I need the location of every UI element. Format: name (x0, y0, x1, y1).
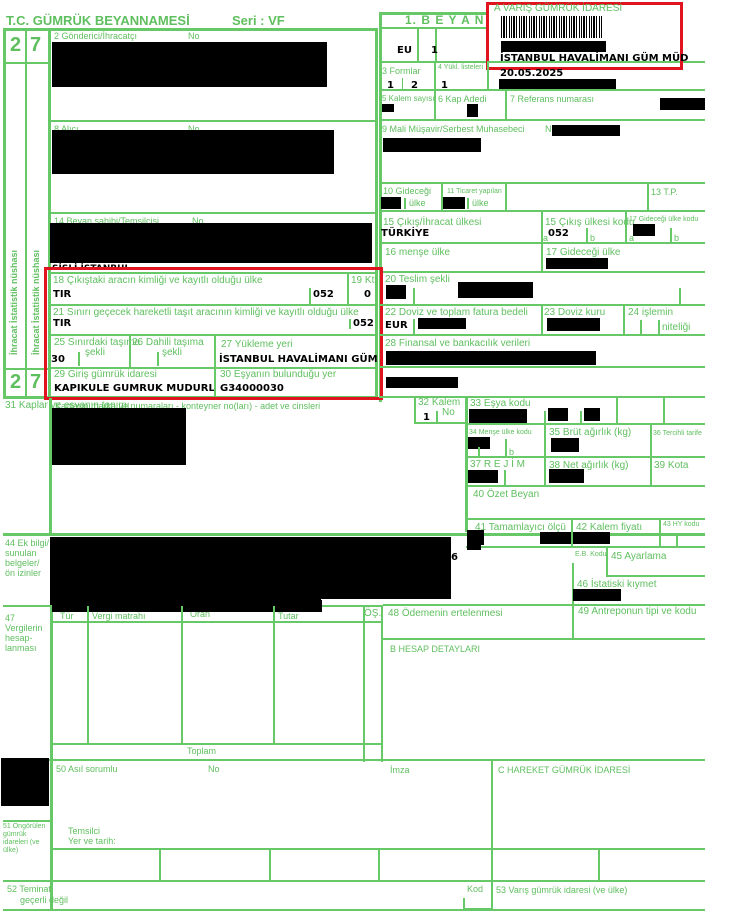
box24-label2: niteliği (662, 323, 690, 333)
box15code-value: 052 (548, 228, 569, 240)
box10-label: 10 Gideceği (383, 186, 431, 196)
redacted (386, 285, 406, 299)
redacted (52, 42, 327, 87)
redacted (546, 258, 608, 269)
box32-no-label: No (442, 408, 455, 418)
box15-value: TÜRKİYE (381, 228, 429, 240)
box43-label: 43 HY kodu (663, 520, 699, 530)
redacted (551, 438, 579, 452)
box15code-label: 15 Çıkış ülkesi kodu (545, 218, 635, 228)
box19-label: 19 Ktr (351, 276, 378, 286)
redacted (552, 125, 620, 136)
box2-no-label: No (188, 31, 200, 41)
redacted (52, 130, 334, 174)
box3-label: 3 Formlar (382, 66, 421, 76)
side-label: İhracat İstatistik nüshası (31, 250, 41, 355)
box21-country: 052 (353, 318, 374, 330)
redacted (633, 224, 655, 236)
box52-value: geçerli değil (20, 895, 68, 905)
redacted (547, 318, 600, 331)
box42-label: 42 Kalem fiyatı (576, 523, 642, 533)
box30-label: 30 Eşyanın bulunduğu yer (220, 370, 336, 380)
box18-label: 18 Çıkıştaki aracın kimliği ve kayıtlı o… (53, 276, 263, 286)
redacted (383, 138, 481, 152)
copy-number: 2 (10, 34, 21, 57)
redacted (467, 104, 478, 117)
redacted (540, 532, 610, 544)
box10-label2: ülke (409, 198, 426, 208)
side-label: İhracat İstatistik nüshası (9, 250, 19, 355)
box2-label: 2 Gönderici/İhracatçı (54, 31, 137, 41)
redacted (468, 470, 498, 483)
box18-country: 052 (313, 289, 334, 301)
box13-label: 13 T.P. (651, 187, 678, 197)
redacted (467, 536, 481, 550)
redacted (458, 282, 533, 298)
box17-label: 17 Gideceği ülke (546, 248, 621, 258)
box47-col: ÖŞ. (364, 609, 381, 619)
box48-label: 48 Ödemenin ertelenmesi (388, 609, 503, 619)
redacted (382, 104, 394, 112)
box1-label: 1. B E Y A N (405, 14, 484, 27)
box47-col: Tutar (278, 611, 299, 621)
form-series: Seri : VF (232, 13, 285, 28)
box25-label2: şekli (85, 348, 105, 358)
box27-value: İSTANBUL HAVALİMANI GÜM (219, 354, 378, 366)
box29-label: 29 Giriş gümrük idaresi (54, 370, 157, 380)
box50-sign-label: İmza (390, 765, 410, 775)
redacted (50, 537, 451, 599)
redacted (418, 318, 466, 329)
box9-label: 9 Mali Müşavir/Serbest Muhasebeci (382, 124, 525, 134)
redacted (501, 41, 606, 52)
boxC-label: C HAREKET GÜMRÜK İDARESİ (498, 765, 630, 775)
redacted (1, 758, 49, 806)
box49-label: 49 Antreponun tipi ve kodu (578, 607, 696, 617)
box50-place-label: Yer ve tarih: (68, 836, 116, 846)
box52-label: 52 Teminat (7, 884, 51, 894)
box22-currency: EUR (385, 320, 408, 332)
box7-label: 7 Referans numarası (510, 94, 594, 104)
copy-number: 2 (10, 371, 21, 394)
box52-code-label: Kod (467, 884, 483, 894)
box25-value: 30 (51, 354, 65, 366)
box44-partial: 6 (451, 552, 458, 564)
box19-value: 0 (364, 289, 371, 301)
box50-no-label: No (208, 764, 220, 774)
barcode-icon (501, 16, 603, 38)
redacted (549, 469, 584, 483)
box24-label: 24 işlemin (628, 308, 673, 318)
redacted (52, 600, 322, 612)
redacted (386, 351, 596, 365)
box44-label: 44 Ek bilgi/ sunulan belgeler/ ön izinle… (5, 538, 50, 578)
box6-label: 6 Kap Adedi (438, 94, 487, 104)
box18-value: TIR (53, 289, 71, 301)
box30-value: G34000030 (220, 383, 284, 395)
redacted (584, 408, 600, 421)
box35-label: 35 Brüt ağırlık (kg) (549, 428, 631, 438)
box4-label: 4 Yükl. listeleri (438, 63, 483, 73)
box33-label: 33 Eşya kodu (470, 399, 531, 409)
boxA-label: A VARIŞ GÜMRÜK İDARESİ (494, 4, 622, 14)
redacted (469, 409, 527, 423)
box5-label: 5 Kalem sayısı (382, 94, 434, 104)
box47-label: 47 Vergilerin hesap-lanması (5, 613, 53, 653)
boxA-office: İSTANBUL HAVALİMANI GÜM MÜD (500, 53, 688, 65)
box26-label2: şekli (162, 348, 182, 358)
box45-eb-label: E.B. Kodu (575, 550, 607, 560)
box51-label: 51 Öngörülen gümrük idareleri (ve ülke) (3, 823, 49, 855)
redacted (50, 223, 372, 263)
box53-label: 53 Varış gümrük idaresi (ve ülke) (496, 885, 627, 895)
box40-label: 40 Özet Beyan (473, 490, 539, 500)
box11-label2: ülke (472, 198, 489, 208)
redacted (548, 408, 568, 421)
box47-col: Vergi matrahı (92, 611, 146, 621)
box47-col: Tür (60, 611, 74, 621)
box11-label: 11 Ticaret yapılan (447, 187, 502, 197)
box50-rep-label: Temsilci (68, 826, 100, 836)
box47-total-label: Toplam (187, 746, 216, 756)
redacted (381, 197, 401, 209)
box23-label: 23 Doviz kuru (544, 308, 605, 318)
box22-label: 22 Doviz ve toplam fatura bedeli (385, 308, 528, 318)
form-title: T.C. GÜMRÜK BEYANNAMESİ (6, 13, 190, 28)
redacted (660, 98, 705, 110)
copy-number: 7 (30, 371, 41, 394)
redacted (386, 377, 458, 388)
box45-label: 45 Ayarlama (611, 552, 666, 562)
box39-label: 39 Kota (654, 461, 688, 471)
box21-label: 21 Sınırı geçecek hareketli taşıt aracın… (53, 308, 359, 318)
box1-type: EU (397, 45, 412, 57)
box1-code: 1 (431, 45, 438, 57)
box36-label: 36 Tercihli tarife (653, 429, 702, 439)
box15-label: 15 Çıkış/İhracat ülkesi (383, 218, 481, 228)
redacted (573, 589, 621, 601)
box32-value: 1 (423, 412, 430, 424)
box37-label: 37 R E J İ M (470, 460, 525, 470)
box20-label: 20 Teslim şekli (385, 275, 450, 285)
boxB-label: B HESAP DETAYLARI (390, 644, 480, 654)
box21-value: TIR (53, 318, 71, 330)
box16-label: 16 menşe ülke (385, 248, 450, 258)
box29-value: KAPIKULE GÜMRÜK MÜDÜRLÜĞÜ (54, 383, 214, 395)
box28-label: 28 Finansal ve bankacılık verileri (385, 339, 530, 349)
redacted (52, 408, 186, 465)
copy-number: 7 (30, 34, 41, 57)
box27-label: 27 Yükleme yeri (221, 340, 293, 350)
redacted (443, 197, 465, 209)
box50-label: 50 Asıl sorumlu (56, 764, 118, 774)
